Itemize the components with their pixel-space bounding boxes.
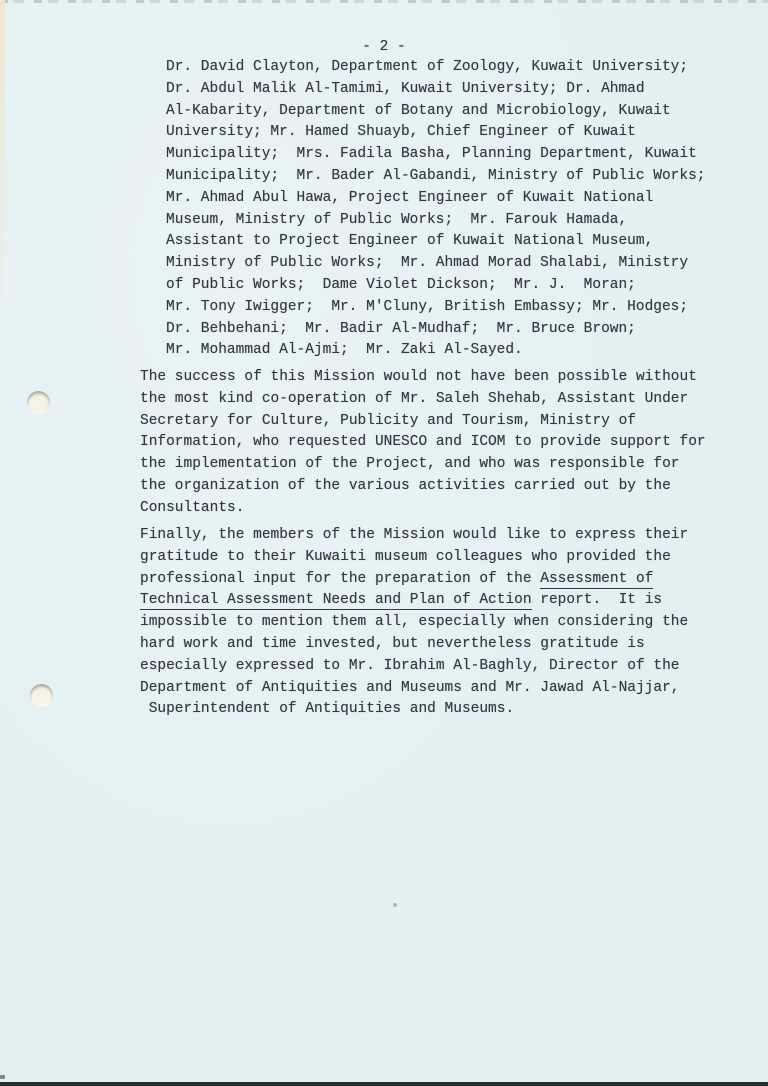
text-line: of Public Works; Dame Violet Dickson; Mr… (166, 275, 706, 297)
text-line: Municipality; Mr. Bader Al-Gabandi, Mini… (166, 166, 706, 188)
text-line: impossible to mention them all, especial… (140, 612, 688, 634)
underlined-text: Technical Assessment Needs and Plan of A… (140, 592, 532, 610)
text-line: Finally, the members of the Mission woul… (140, 525, 688, 547)
text-line: Mr. Mohammad Al-Ajmi; Mr. Zaki Al-Sayed. (166, 340, 706, 362)
text-line: especially expressed to Mr. Ibrahim Al-B… (140, 656, 688, 678)
text-line: Superintendent of Antiquities and Museum… (140, 699, 688, 721)
text-line: the implementation of the Project, and w… (140, 454, 706, 476)
hole-punch-top (27, 391, 50, 414)
text-line: Ministry of Public Works; Mr. Ahmad Mora… (166, 253, 706, 275)
text-line: professional input for the preparation o… (140, 569, 688, 591)
text-line: gratitude to their Kuwaiti museum collea… (140, 547, 688, 569)
text-line: Mr. Ahmad Abul Hawa, Project Engineer of… (166, 188, 706, 210)
text-line: Dr. David Clayton, Department of Zoology… (166, 57, 706, 79)
scan-speck (393, 903, 397, 907)
text-line: Al-Kabarity, Department of Botany and Mi… (166, 101, 706, 123)
scan-edge-top (0, 0, 768, 3)
scan-edge-bottom (0, 1082, 768, 1086)
text-line: Museum, Ministry of Public Works; Mr. Fa… (166, 210, 706, 232)
scan-speck (0, 1075, 5, 1079)
text-line: University; Mr. Hamed Shuayb, Chief Engi… (166, 122, 706, 144)
paragraph-final-gratitude: Finally, the members of the Mission woul… (140, 525, 688, 721)
text-line: the most kind co-operation of Mr. Saleh … (140, 389, 706, 411)
page-number: - 2 - (0, 37, 768, 59)
paragraph-mission-success: The success of this Mission would not ha… (140, 367, 706, 520)
text-line: Municipality; Mrs. Fadila Basha, Plannin… (166, 144, 706, 166)
text-line: Department of Antiquities and Museums an… (140, 678, 688, 700)
text-line: Secretary for Culture, Publicity and Tou… (140, 411, 706, 433)
text-line: Dr. Behbehani; Mr. Badir Al-Mudhaf; Mr. … (166, 319, 706, 341)
paragraph-participants-list: Dr. David Clayton, Department of Zoology… (166, 57, 706, 362)
text-line: Information, who requested UNESCO and IC… (140, 432, 706, 454)
text-line: The success of this Mission would not ha… (140, 367, 706, 389)
underlined-text: Assessment of (540, 571, 653, 589)
text-line: Technical Assessment Needs and Plan of A… (140, 590, 688, 612)
text-line: hard work and time invested, but neverth… (140, 634, 688, 656)
text-line: Assistant to Project Engineer of Kuwait … (166, 231, 706, 253)
hole-punch-bottom (30, 684, 53, 707)
scanned-document-page: - 2 - Dr. David Clayton, Department of Z… (0, 0, 768, 1086)
text-line: Consultants. (140, 498, 706, 520)
text-line: the organization of the various activiti… (140, 476, 706, 498)
text-line: Mr. Tony Iwigger; Mr. M'Cluny, British E… (166, 297, 706, 319)
text-line: Dr. Abdul Malik Al-Tamimi, Kuwait Univer… (166, 79, 706, 101)
